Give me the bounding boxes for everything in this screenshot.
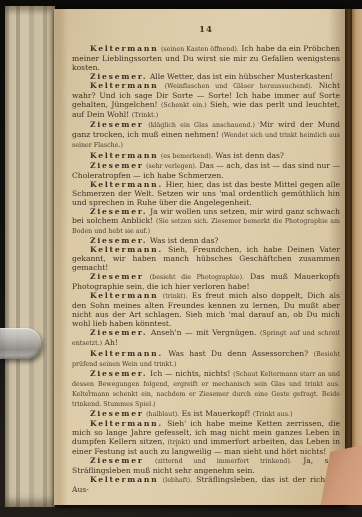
book-scan-photo: 14 Keltermann (seinen Kasten öffnend). I…	[0, 0, 362, 517]
dialogue-paragraph: Ziesemer (besieht die Photographie). Das…	[72, 272, 340, 291]
stage-direction: (sehr verlegen).	[146, 163, 197, 170]
speaker-name: Ziesemer.	[90, 369, 147, 378]
speaker-name: Ziesemer.	[90, 72, 147, 81]
dialogue-paragraph: Ziesemer (sehr verlegen). Das — ach, das…	[72, 161, 340, 180]
stage-direction: (Schenkt ein.)	[161, 102, 207, 109]
stage-direction: (kläglich ein Glas anschauend.)	[148, 122, 255, 129]
speaker-name: Keltermann	[90, 81, 159, 90]
dialogue-text: Was ist denn das?	[215, 151, 284, 160]
page-holder-clip	[0, 328, 41, 359]
dialogue-paragraph: Ziesemer. Alle Wetter, das ist ein hübsc…	[72, 72, 340, 81]
dialogue-text: Es ist Mauerkopf!	[182, 409, 251, 418]
dialogue-text: Was hast Du denn Assessorchen?	[168, 349, 308, 358]
dialogue-paragraph: Ziesemer. Anseh'n — mit Vergnügen. (Spri…	[72, 328, 340, 348]
dialogue-paragraph: Keltermann. Sieh, Freundchen, ich habe D…	[72, 245, 340, 272]
speaker-name: Ziesemer	[90, 161, 144, 170]
speaker-name: Keltermann	[90, 291, 159, 300]
speaker-name: Ziesemer.	[90, 207, 147, 216]
speaker-name: Keltermann	[90, 151, 159, 160]
scanned-page: 14 Keltermann (seinen Kasten öffnend). I…	[54, 9, 346, 505]
speaker-name: Keltermann.	[90, 180, 163, 189]
speaker-name: Keltermann.	[90, 349, 163, 358]
dialogue-paragraph: Keltermann (lebhaft). Sträflingsleben, d…	[72, 475, 340, 494]
dialogue-paragraph: Ziesemer (kläglich ein Glas anschauend.)…	[72, 120, 340, 150]
dialogue-paragraph: Ziesemer. Was ist denn das?	[72, 236, 340, 245]
dialogue-paragraph: Ziesemer. Ich — nichts, nichts! (Schaut …	[72, 369, 340, 409]
dialogue-text: Ich — nichts, nichts!	[150, 369, 230, 378]
dialogue-paragraph: Keltermann. Was hast Du denn Assessorche…	[72, 349, 340, 369]
stage-direction: (Trinkt aus.)	[253, 411, 293, 418]
speaker-name: Ziesemer	[90, 456, 144, 465]
stage-direction: (Trinkt.)	[132, 112, 159, 119]
speaker-name: Ziesemer.	[90, 328, 147, 337]
stage-direction: (trinkt)	[167, 439, 190, 446]
speaker-name: Keltermann.	[90, 245, 163, 254]
page-edge-stack	[5, 6, 55, 507]
dialogue-paragraph: Ziesemer. Ja wir wollen uns setzen, mir …	[72, 207, 340, 236]
facing-page-sliver	[352, 9, 362, 501]
dialogue-paragraph: Keltermann (es bemerkend). Was ist denn …	[72, 151, 340, 161]
page-content: 14 Keltermann (seinen Kasten öffnend). I…	[54, 9, 346, 505]
stage-direction: (trinkt).	[163, 293, 188, 300]
stage-direction: (halblaut).	[146, 411, 179, 418]
dialogue-text: Alle Wetter, das ist ein hübscher Muster…	[150, 72, 333, 81]
dialogue-paragraph: Ziesemer (zitternd und immerfort trinken…	[72, 456, 340, 475]
stage-direction: (es bemerkend).	[161, 153, 213, 160]
speaker-name: Ziesemer.	[90, 236, 147, 245]
speaker-name: Keltermann	[90, 44, 159, 53]
dialogue-paragraph: Keltermann (trinkt). Es freut mich also …	[72, 291, 340, 328]
dialogue-text: Anseh'n — mit Vergnügen.	[151, 328, 257, 337]
dialogue-paragraph: Ziesemer (halblaut). Es ist Mauerkopf! (…	[72, 409, 340, 419]
stage-direction: (besieht die Photographie).	[150, 274, 244, 281]
text-block: Keltermann (seinen Kasten öffnend). Ich …	[72, 44, 340, 494]
stage-direction: (Weinflaschen und Gläser heraussuchend).	[165, 83, 313, 90]
dialogue-paragraph: Keltermann (Weinflaschen und Gläser hera…	[72, 81, 340, 120]
stage-direction: (zitternd und immerfort trinkend).	[155, 458, 292, 465]
speaker-name: Ziesemer	[90, 120, 144, 129]
dialogue-paragraph: Keltermann. Sieh' ich habe meine Ketten …	[72, 419, 340, 456]
speaker-name: Ziesemer	[90, 409, 144, 418]
dialogue-paragraph: Keltermann. Hier, hier, das ist das best…	[72, 180, 340, 207]
speaker-name: Keltermann.	[90, 419, 163, 428]
dialogue-text: Was ist denn das?	[150, 236, 219, 245]
speaker-name: Ziesemer	[90, 272, 144, 281]
stage-direction: (seinen Kasten öffnend).	[161, 46, 239, 53]
page-number: 14	[72, 25, 340, 35]
stage-direction: (lebhaft).	[163, 477, 192, 484]
speaker-name: Keltermann	[90, 475, 159, 484]
dialogue-text: Ah!	[105, 338, 118, 347]
dialogue-paragraph: Keltermann (seinen Kasten öffnend). Ich …	[72, 44, 340, 72]
